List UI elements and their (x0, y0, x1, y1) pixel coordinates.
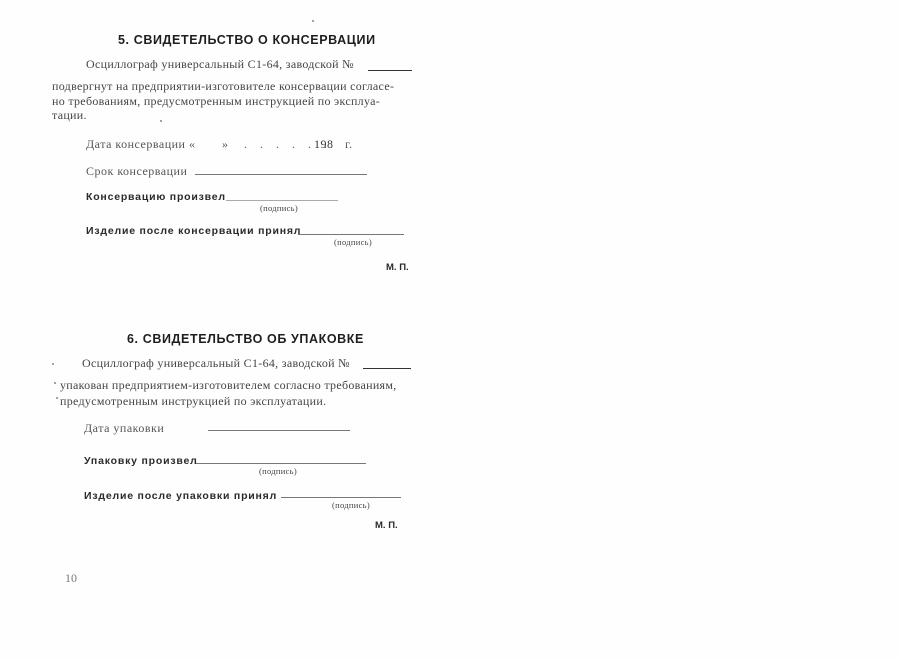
section5-paragraph-line4: тации. (52, 108, 87, 123)
section6-serial-number-field (363, 368, 411, 369)
section5-serial-number-field (368, 70, 412, 71)
section5-accepted-signature-field (298, 234, 404, 235)
scan-speck (160, 120, 162, 122)
scan-speck (312, 20, 314, 22)
section5-date-year: 198 (314, 137, 334, 152)
section5-paragraph-line1: Осциллограф универсальный С1-64, заводск… (86, 57, 354, 72)
section6-date-label: Дата упаковки (84, 421, 164, 436)
section5-paragraph-line2: подвергнут на предприятии-изготовителе к… (52, 79, 394, 94)
section5-performed-signature-field (226, 200, 338, 201)
section6-accepted-label: Изделие после упаковки принял (84, 490, 277, 502)
page-number: 10 (65, 571, 77, 586)
section5-heading: 5. СВИДЕТЕЛЬСТВО О КОНСЕРВАЦИИ (118, 33, 376, 47)
section6-paragraph-line3: предусмотренным инструкцией по эксплуата… (60, 394, 326, 409)
section6-date-field (208, 430, 350, 431)
section5-paragraph-line3: но требованиям, предусмотренным инструкц… (52, 94, 380, 109)
section6-paragraph-line2: упакован предприятием-изготовителем согл… (60, 378, 397, 393)
section5-accepted-label: Изделие после консервации принял (86, 225, 301, 237)
section5-date-suffix: г. (345, 137, 353, 152)
section6-performed-caption: (подпись) (259, 466, 297, 476)
document-page: 5. СВИДЕТЕЛЬСТВО О КОНСЕРВАЦИИ Осциллогр… (0, 0, 900, 660)
scan-speck (52, 363, 54, 365)
section6-accepted-caption: (подпись) (332, 500, 370, 510)
section6-stamp-mark: М. П. (375, 520, 398, 531)
section5-term-label: Срок консервации (86, 164, 187, 179)
section5-term-field (195, 174, 367, 175)
section6-accepted-signature-field (281, 497, 401, 498)
section6-paragraph-line1: Осциллограф универсальный С1-64, заводск… (82, 356, 350, 371)
section5-performed-label: Консервацию произвел (86, 191, 226, 203)
section5-date-label: Дата консервации « (86, 137, 195, 152)
section5-accepted-caption: (подпись) (334, 237, 372, 247)
scan-speck (54, 382, 56, 384)
section6-heading: 6. СВИДЕТЕЛЬСТВО ОБ УПАКОВКЕ (127, 332, 364, 346)
section5-performed-caption: (подпись) (260, 203, 298, 213)
section5-stamp-mark: М. П. (386, 262, 409, 273)
section5-date-quote-close: » (222, 137, 229, 152)
section6-performed-label: Упаковку произвел (84, 455, 198, 467)
scan-speck (56, 397, 58, 399)
section6-performed-signature-field (196, 463, 366, 464)
